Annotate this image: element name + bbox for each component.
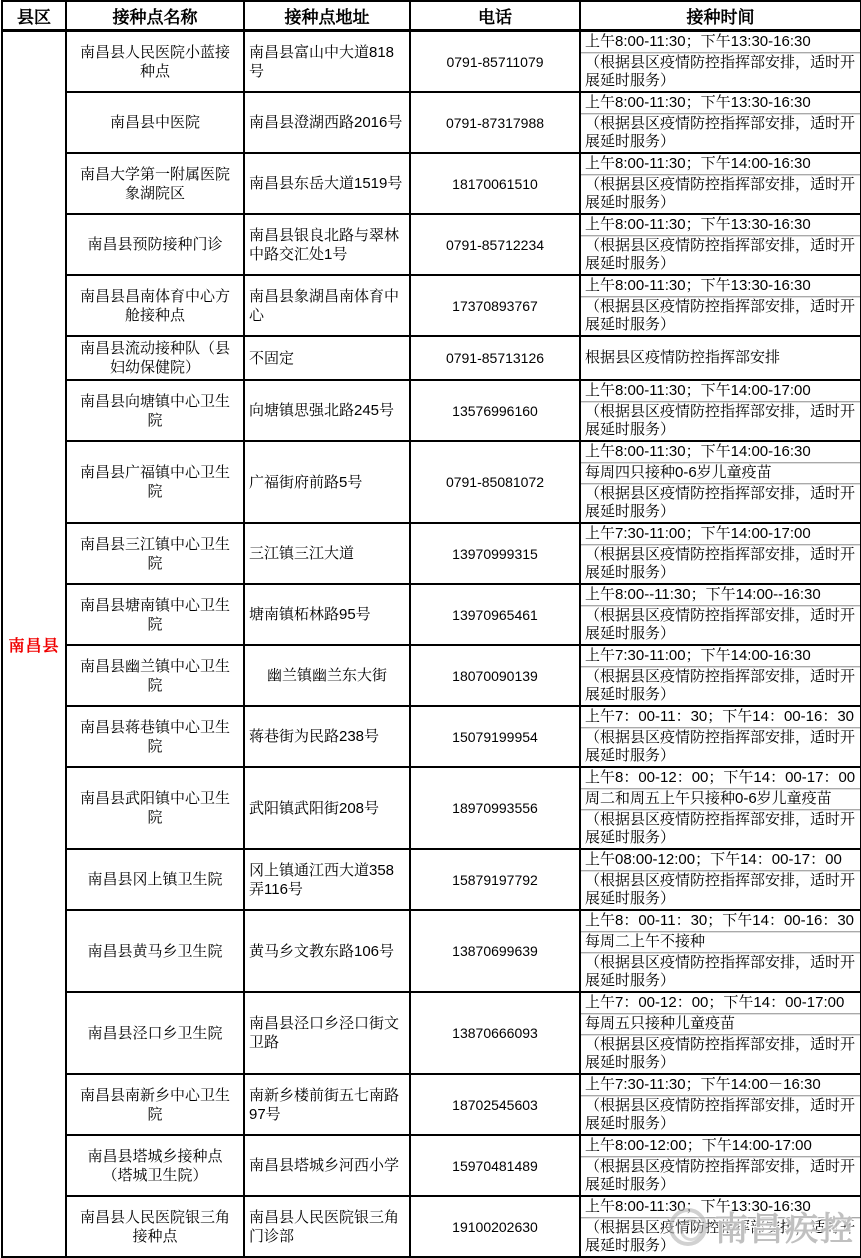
site-time-cell: 上午8:00-11:30；下午14:00-17:00（根据县区疫情防控指挥部安排… bbox=[580, 380, 861, 441]
site-name-cell: 南昌县人民医院小蓝接种点 bbox=[66, 31, 244, 93]
table-row: 南昌县昌南体育中心方舱接种点南昌县象湖昌南体育中心17370893767上午8:… bbox=[2, 275, 861, 336]
site-name-cell: 南昌县蒋巷镇中心卫生院 bbox=[66, 706, 244, 767]
time-segment: （根据县区疫情防控指挥部安排，适时开展延时服务） bbox=[581, 53, 860, 91]
column-header-3: 电话 bbox=[410, 1, 580, 31]
vaccination-sites-table: 县区接种点名称接种点地址电话接种时间 南昌县南昌县人民医院小蓝接种点南昌县富山中… bbox=[1, 0, 861, 1258]
time-segment: 上午7：00-12：00；下午14：00-17:00 bbox=[581, 993, 860, 1014]
time-segment: （根据县区疫情防控指挥部安排，适时开展延时服务） bbox=[581, 667, 860, 705]
table-row: 南昌县南昌县人民医院小蓝接种点南昌县富山中大道818号0791-85711079… bbox=[2, 31, 861, 93]
site-address-cell: 向塘镇思强北路245号 bbox=[244, 380, 410, 441]
site-time-cell: 上午8:00-11:30；下午13:30-16:30（根据县区疫情防控指挥部安排… bbox=[580, 1196, 861, 1257]
time-segment: （根据县区疫情防控指挥部安排，适时开展延时服务） bbox=[581, 236, 860, 274]
time-segment: （根据县区疫情防控指挥部安排，适时开展延时服务） bbox=[581, 402, 860, 440]
site-address-cell: 南新乡楼前街五七南路97号 bbox=[244, 1074, 410, 1135]
time-segment: （根据县区疫情防控指挥部安排，适时开展延时服务） bbox=[581, 810, 860, 848]
time-segment: （根据县区疫情防控指挥部安排，适时开展延时服务） bbox=[581, 1218, 860, 1256]
time-segment: 上午8:00-11:30；下午13:30-16:30 bbox=[581, 1197, 860, 1218]
site-phone-cell: 0791-87317988 bbox=[410, 92, 580, 153]
table-row: 南昌县预防接种门诊南昌县银良北路与翠林中路交汇处1号0791-85712234上… bbox=[2, 214, 861, 275]
site-address-cell: 不固定 bbox=[244, 336, 410, 380]
site-phone-cell: 13870699639 bbox=[410, 910, 580, 992]
table-row: 南昌县南新乡中心卫生院南新乡楼前街五七南路97号18702545603上午7:3… bbox=[2, 1074, 861, 1135]
site-name-cell: 南昌县昌南体育中心方舱接种点 bbox=[66, 275, 244, 336]
site-name-cell: 南昌县南新乡中心卫生院 bbox=[66, 1074, 244, 1135]
time-segment: 根据县区疫情防控指挥部安排 bbox=[581, 348, 860, 368]
site-time-cell: 上午7：00-11：30；下午14：00-16：30（根据县区疫情防控指挥部安排… bbox=[580, 706, 861, 767]
time-segment: 上午8：00-11：30；下午14：00-16：30 bbox=[581, 911, 860, 932]
table-row: 南昌县广福镇中心卫生院广福街府前路5号0791-85081072上午8:00-1… bbox=[2, 441, 861, 523]
site-address-cell: 南昌县塔城乡河西小学 bbox=[244, 1135, 410, 1196]
site-phone-cell: 0791-85711079 bbox=[410, 31, 580, 93]
site-address-cell: 幽兰镇幽兰东大街 bbox=[244, 645, 410, 706]
time-segment: （根据县区疫情防控指挥部安排，适时开展延时服务） bbox=[581, 728, 860, 766]
site-address-cell: 南昌县泾口乡泾口街文卫路 bbox=[244, 992, 410, 1074]
site-address-cell: 南昌县东岳大道1519号 bbox=[244, 153, 410, 214]
time-segment: 上午8:00-11:30；下午13:30-16:30 bbox=[581, 276, 860, 297]
site-name-cell: 南昌县武阳镇中心卫生院 bbox=[66, 767, 244, 849]
table-header-row: 县区接种点名称接种点地址电话接种时间 bbox=[2, 1, 861, 31]
site-time-cell: 上午8:00-11:30；下午13:30-16:30（根据县区疫情防控指挥部安排… bbox=[580, 275, 861, 336]
time-segment: （根据县区疫情防控指挥部安排，适时开展延时服务） bbox=[581, 953, 860, 991]
site-phone-cell: 19100202630 bbox=[410, 1196, 580, 1257]
time-segment: 每周四只接种0-6岁儿童疫苗 bbox=[581, 463, 860, 484]
table-row: 南昌县幽兰镇中心卫生院幽兰镇幽兰东大街18070090139上午7:30-11:… bbox=[2, 645, 861, 706]
site-time-cell: 上午8:00-11:30；下午14:00-16:30（根据县区疫情防控指挥部安排… bbox=[580, 153, 861, 214]
column-header-0: 县区 bbox=[2, 1, 66, 31]
site-phone-cell: 17370893767 bbox=[410, 275, 580, 336]
site-address-cell: 广福街府前路5号 bbox=[244, 441, 410, 523]
site-phone-cell: 0791-85713126 bbox=[410, 336, 580, 380]
time-segment: （根据县区疫情防控指挥部安排，适时开展延时服务） bbox=[581, 484, 860, 522]
site-address-cell: 塘南镇柘林路95号 bbox=[244, 584, 410, 645]
time-segment: 上午8:00-11:30；下午13:30-16:30 bbox=[581, 32, 860, 53]
site-phone-cell: 0791-85081072 bbox=[410, 441, 580, 523]
table-row: 南昌县中医院南昌县澄湖西路2016号0791-87317988上午8:00-11… bbox=[2, 92, 861, 153]
site-phone-cell: 0791-85712234 bbox=[410, 214, 580, 275]
time-segment: 上午7:30-11:00；下午14:00-17:00 bbox=[581, 524, 860, 545]
table-row: 南昌大学第一附属医院象湖院区南昌县东岳大道1519号18170061510上午8… bbox=[2, 153, 861, 214]
time-segment: 周二和周五上午只接种0-6岁儿童疫苗 bbox=[581, 789, 860, 810]
vaccination-sites-page: 县区接种点名称接种点地址电话接种时间 南昌县南昌县人民医院小蓝接种点南昌县富山中… bbox=[0, 0, 861, 1258]
site-time-cell: 上午7:30-11:30；下午14:00－16:30（根据县区疫情防控指挥部安排… bbox=[580, 1074, 861, 1135]
site-name-cell: 南昌县塔城乡接种点（塔城卫生院） bbox=[66, 1135, 244, 1196]
time-segment: 上午8:00-12:00；下午14:00-17:00 bbox=[581, 1136, 860, 1157]
site-time-cell: 上午8:00-11:30；下午13:30-16:30（根据县区疫情防控指挥部安排… bbox=[580, 31, 861, 93]
time-segment: （根据县区疫情防控指挥部安排，适时开展延时服务） bbox=[581, 175, 860, 213]
site-time-cell: 上午7:30-11:00；下午14:00-17:00（根据县区疫情防控指挥部安排… bbox=[580, 523, 861, 584]
site-time-cell: 上午8：00-11：30；下午14：00-16：30每周二上午不接种（根据县区疫… bbox=[580, 910, 861, 992]
time-segment: 上午8:00-11:30；下午14:00-17:00 bbox=[581, 381, 860, 402]
site-name-cell: 南昌县预防接种门诊 bbox=[66, 214, 244, 275]
site-phone-cell: 18070090139 bbox=[410, 645, 580, 706]
table-row: 南昌县泾口乡卫生院南昌县泾口乡泾口街文卫路13870666093上午7：00-1… bbox=[2, 992, 861, 1074]
site-phone-cell: 18702545603 bbox=[410, 1074, 580, 1135]
site-address-cell: 南昌县人民医院银三角门诊部 bbox=[244, 1196, 410, 1257]
site-address-cell: 南昌县象湖昌南体育中心 bbox=[244, 275, 410, 336]
time-segment: （根据县区疫情防控指挥部安排，适时开展延时服务） bbox=[581, 545, 860, 583]
site-address-cell: 冈上镇通江西大道358弄116号 bbox=[244, 849, 410, 910]
column-header-4: 接种时间 bbox=[580, 1, 861, 31]
site-name-cell: 南昌县泾口乡卫生院 bbox=[66, 992, 244, 1074]
time-segment: （根据县区疫情防控指挥部安排，适时开展延时服务） bbox=[581, 606, 860, 644]
site-address-cell: 蒋巷街为民路238号 bbox=[244, 706, 410, 767]
time-segment: 上午8:00-11:30；下午13:30-16:30 bbox=[581, 215, 860, 236]
time-segment: 上午8:00-11:30；下午14:00-16:30 bbox=[581, 442, 860, 463]
time-segment: 上午8:00-11:30；下午13:30-16:30 bbox=[581, 93, 860, 114]
time-segment: 每周五只接种儿童疫苗 bbox=[581, 1014, 860, 1035]
site-phone-cell: 13970965461 bbox=[410, 584, 580, 645]
site-phone-cell: 15970481489 bbox=[410, 1135, 580, 1196]
site-address-cell: 南昌县澄湖西路2016号 bbox=[244, 92, 410, 153]
site-time-cell: 上午8:00-12:00；下午14:00-17:00（根据县区疫情防控指挥部安排… bbox=[580, 1135, 861, 1196]
site-time-cell: 上午8:00-11:30；下午13:30-16:30（根据县区疫情防控指挥部安排… bbox=[580, 92, 861, 153]
time-segment: 上午7:30-11:30；下午14:00－16:30 bbox=[581, 1075, 860, 1096]
time-segment: 每周二上午不接种 bbox=[581, 932, 860, 953]
site-phone-cell: 13870666093 bbox=[410, 992, 580, 1074]
table-row: 南昌县人民医院银三角接种点南昌县人民医院银三角门诊部19100202630上午8… bbox=[2, 1196, 861, 1257]
time-segment: 上午7:30-11:00；下午14:00-16:30 bbox=[581, 646, 860, 667]
site-time-cell: 上午7:30-11:00；下午14:00-16:30（根据县区疫情防控指挥部安排… bbox=[580, 645, 861, 706]
time-segment: （根据县区疫情防控指挥部安排，适时开展延时服务） bbox=[581, 1035, 860, 1073]
site-address-cell: 黄马乡文教东路106号 bbox=[244, 910, 410, 992]
site-name-cell: 南昌县向塘镇中心卫生院 bbox=[66, 380, 244, 441]
site-time-cell: 上午8:00-11:30；下午14:00-16:30每周四只接种0-6岁儿童疫苗… bbox=[580, 441, 861, 523]
site-name-cell: 南昌县三江镇中心卫生院 bbox=[66, 523, 244, 584]
site-phone-cell: 15879197792 bbox=[410, 849, 580, 910]
site-time-cell: 根据县区疫情防控指挥部安排 bbox=[580, 336, 861, 380]
site-time-cell: 上午7：00-12：00；下午14：00-17:00每周五只接种儿童疫苗（根据县… bbox=[580, 992, 861, 1074]
region-cell: 南昌县 bbox=[2, 31, 66, 1258]
column-header-1: 接种点名称 bbox=[66, 1, 244, 31]
site-address-cell: 武阳镇武阳街208号 bbox=[244, 767, 410, 849]
site-time-cell: 上午08:00-12:00；下午14：00-17：00（根据县区疫情防控指挥部安… bbox=[580, 849, 861, 910]
time-segment: 上午7：00-11：30；下午14：00-16：30 bbox=[581, 707, 860, 728]
site-time-cell: 上午8：00-12：00；下午14：00-17：00周二和周五上午只接种0-6岁… bbox=[580, 767, 861, 849]
time-segment: （根据县区疫情防控指挥部安排，适时开展延时服务） bbox=[581, 297, 860, 335]
site-name-cell: 南昌县冈上镇卫生院 bbox=[66, 849, 244, 910]
time-segment: 上午8：00-12：00；下午14：00-17：00 bbox=[581, 768, 860, 789]
table-row: 南昌县塘南镇中心卫生院塘南镇柘林路95号13970965461上午8:00--1… bbox=[2, 584, 861, 645]
site-time-cell: 上午8:00--11:30；下午14:00--16:30（根据县区疫情防控指挥部… bbox=[580, 584, 861, 645]
site-phone-cell: 18170061510 bbox=[410, 153, 580, 214]
site-name-cell: 南昌县流动接种队（县妇幼保健院） bbox=[66, 336, 244, 380]
table-row: 南昌县向塘镇中心卫生院向塘镇思强北路245号13576996160上午8:00-… bbox=[2, 380, 861, 441]
time-segment: （根据县区疫情防控指挥部安排，适时开展延时服务） bbox=[581, 1157, 860, 1195]
site-name-cell: 南昌县塘南镇中心卫生院 bbox=[66, 584, 244, 645]
table-row: 南昌县冈上镇卫生院冈上镇通江西大道358弄116号15879197792上午08… bbox=[2, 849, 861, 910]
time-segment: （根据县区疫情防控指挥部安排，适时开展延时服务） bbox=[581, 1096, 860, 1134]
site-address-cell: 南昌县银良北路与翠林中路交汇处1号 bbox=[244, 214, 410, 275]
region-label: 南昌县 bbox=[8, 638, 59, 655]
site-phone-cell: 15079199954 bbox=[410, 706, 580, 767]
site-address-cell: 三江镇三江大道 bbox=[244, 523, 410, 584]
site-name-cell: 南昌县黄马乡卫生院 bbox=[66, 910, 244, 992]
column-header-2: 接种点地址 bbox=[244, 1, 410, 31]
time-segment: 上午8:00--11:30；下午14:00--16:30 bbox=[581, 585, 860, 606]
site-name-cell: 南昌大学第一附属医院象湖院区 bbox=[66, 153, 244, 214]
site-phone-cell: 18970993556 bbox=[410, 767, 580, 849]
site-name-cell: 南昌县人民医院银三角接种点 bbox=[66, 1196, 244, 1257]
table-row: 南昌县塔城乡接种点（塔城卫生院）南昌县塔城乡河西小学15970481489上午8… bbox=[2, 1135, 861, 1196]
table-row: 南昌县流动接种队（县妇幼保健院）不固定0791-85713126根据县区疫情防控… bbox=[2, 336, 861, 380]
table-row: 南昌县蒋巷镇中心卫生院蒋巷街为民路238号15079199954上午7：00-1… bbox=[2, 706, 861, 767]
site-address-cell: 南昌县富山中大道818号 bbox=[244, 31, 410, 93]
site-phone-cell: 13970999315 bbox=[410, 523, 580, 584]
site-name-cell: 南昌县幽兰镇中心卫生院 bbox=[66, 645, 244, 706]
table-row: 南昌县武阳镇中心卫生院武阳镇武阳街208号18970993556上午8：00-1… bbox=[2, 767, 861, 849]
table-row: 南昌县三江镇中心卫生院三江镇三江大道13970999315上午7:30-11:0… bbox=[2, 523, 861, 584]
site-phone-cell: 13576996160 bbox=[410, 380, 580, 441]
site-name-cell: 南昌县中医院 bbox=[66, 92, 244, 153]
time-segment: 上午8:00-11:30；下午14:00-16:30 bbox=[581, 154, 860, 175]
site-time-cell: 上午8:00-11:30；下午13:30-16:30（根据县区疫情防控指挥部安排… bbox=[580, 214, 861, 275]
time-segment: 上午08:00-12:00；下午14：00-17：00 bbox=[581, 850, 860, 871]
time-segment: （根据县区疫情防控指挥部安排，适时开展延时服务） bbox=[581, 871, 860, 909]
time-segment: （根据县区疫情防控指挥部安排，适时开展延时服务） bbox=[581, 114, 860, 152]
table-row: 南昌县黄马乡卫生院黄马乡文教东路106号13870699639上午8：00-11… bbox=[2, 910, 861, 992]
site-name-cell: 南昌县广福镇中心卫生院 bbox=[66, 441, 244, 523]
